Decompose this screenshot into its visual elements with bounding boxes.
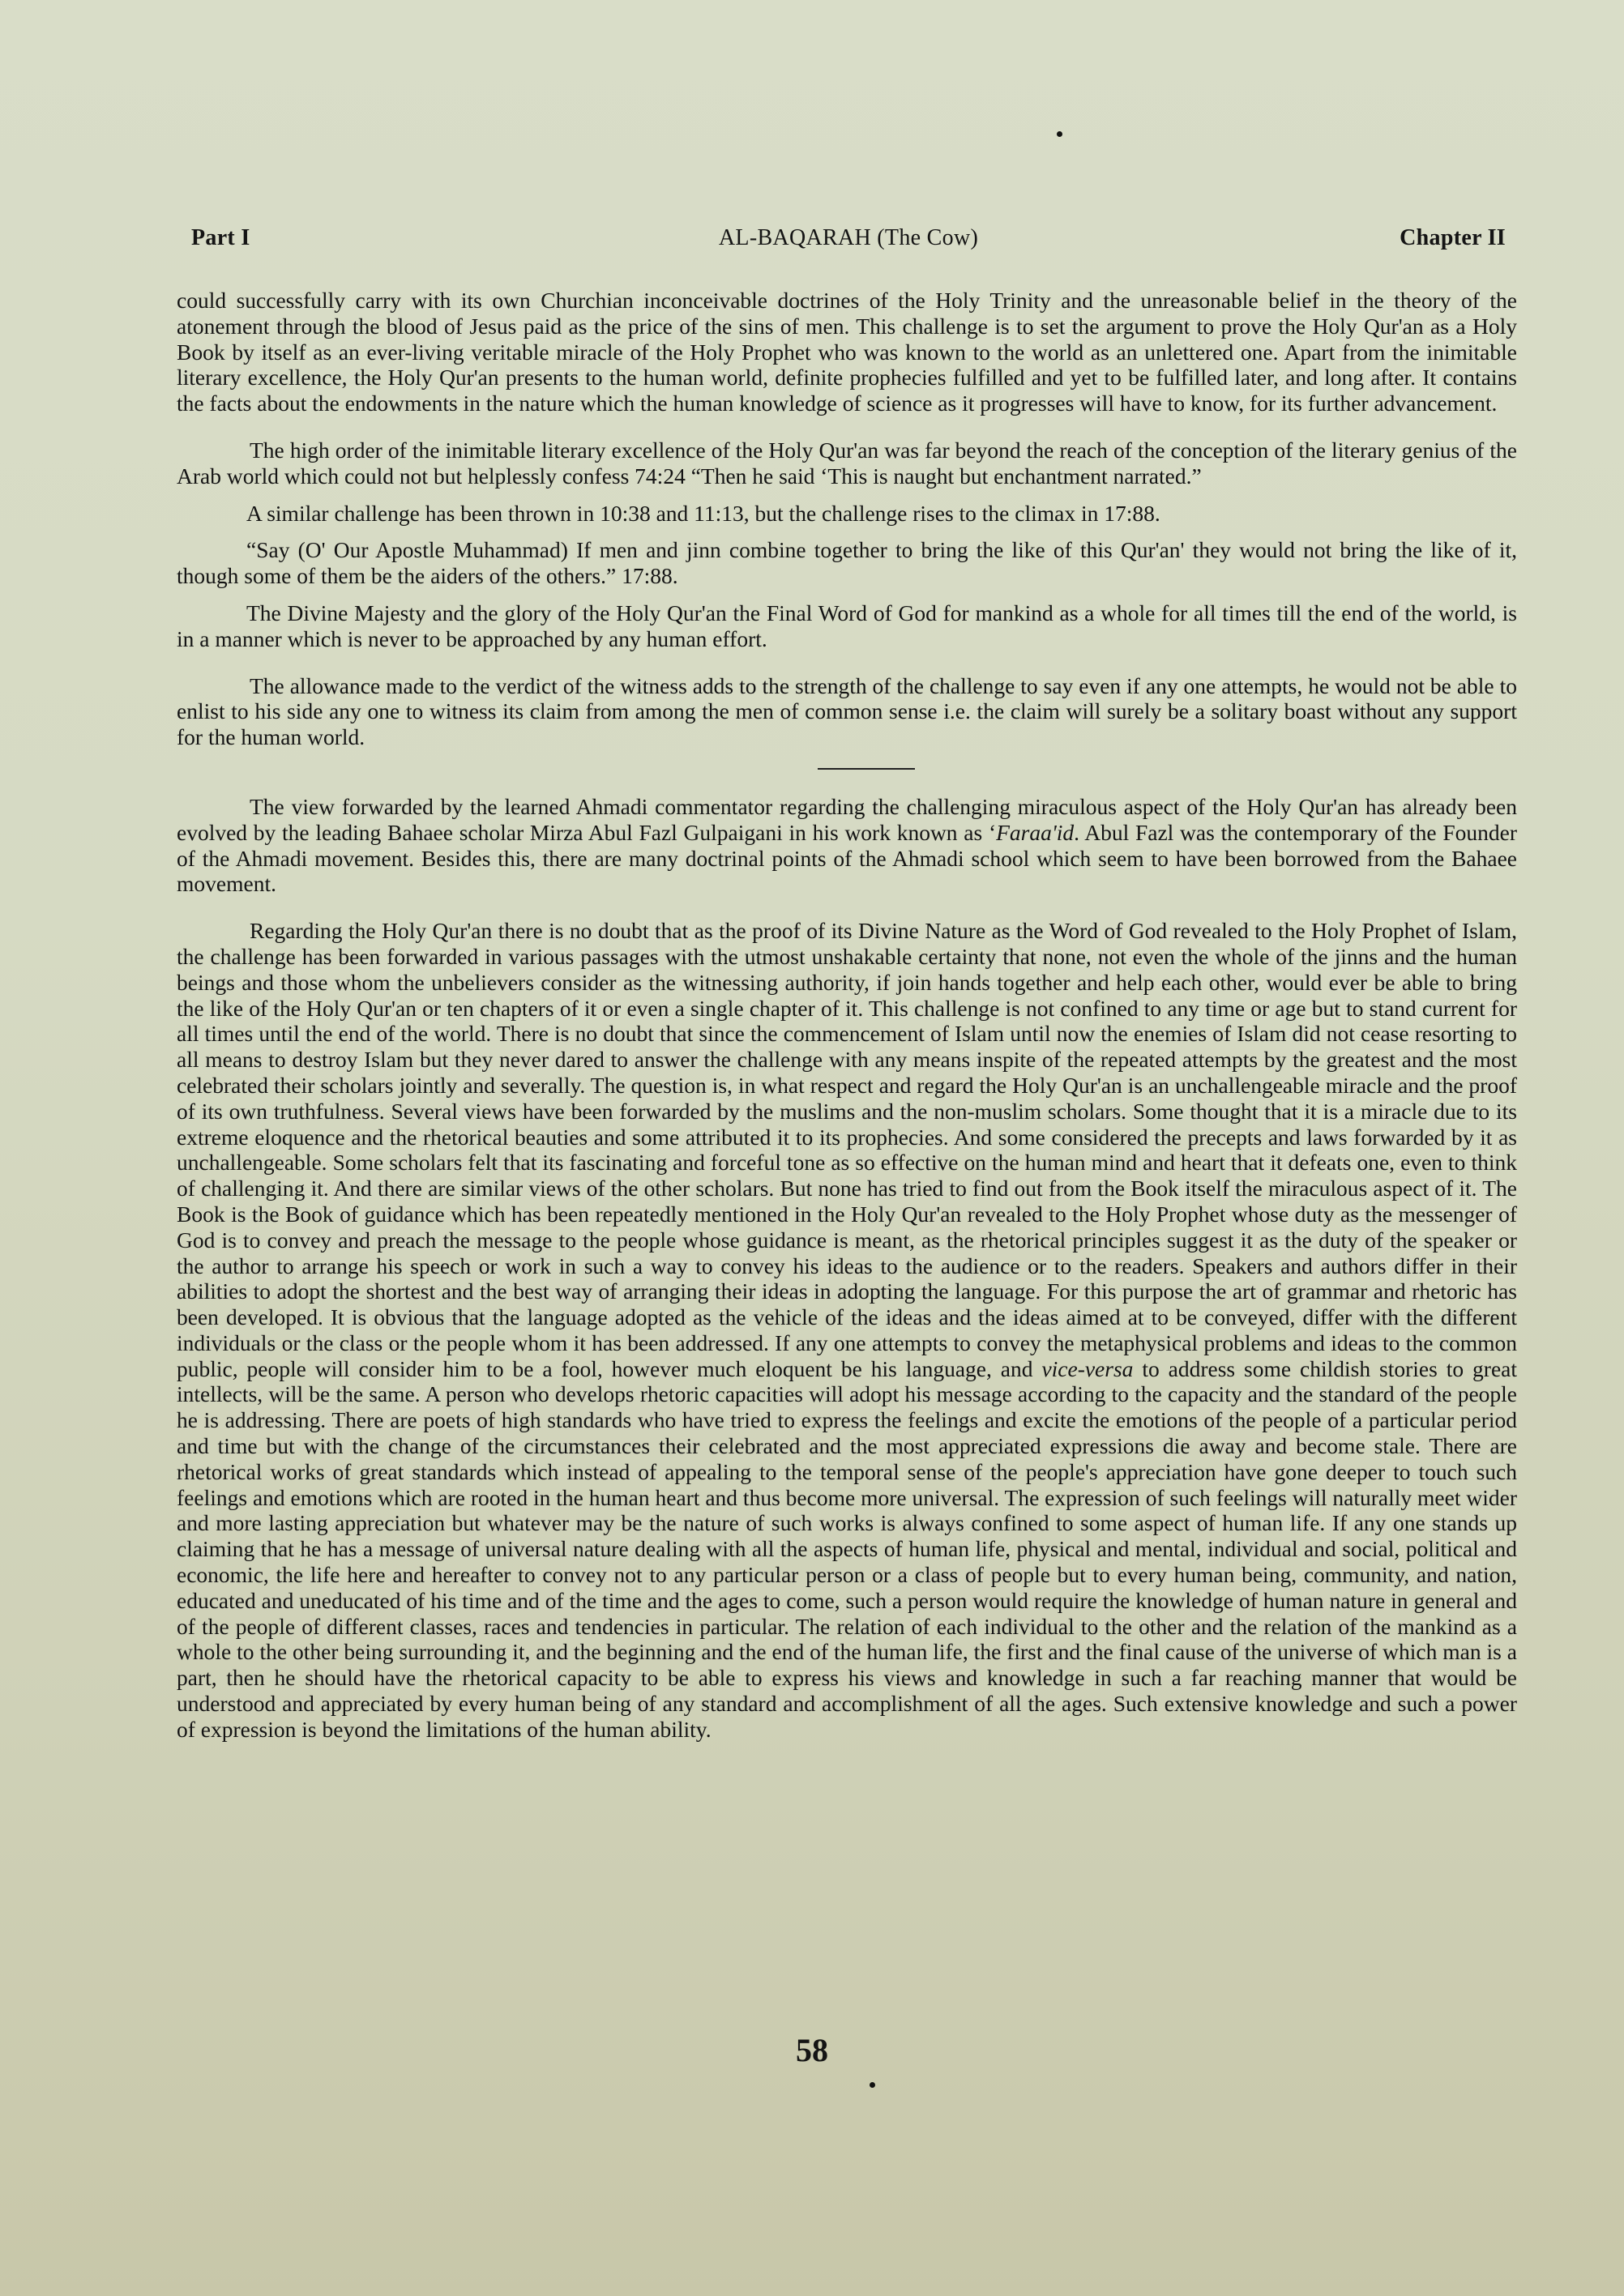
running-header: Part I AL-BAQARAH (The Cow) Chapter II (191, 225, 1506, 258)
paragraph-6: The allowance made to the verdict of the… (177, 673, 1517, 750)
paragraph-8-lead: Regarding the Holy Qur'an there is no do… (177, 918, 1517, 1381)
paragraph-3: A similar challenge has been thrown in 1… (177, 501, 1517, 527)
paragraph-7: The view forwarded by the learned Ahmadi… (177, 794, 1517, 897)
header-chapter: Chapter II (1400, 225, 1506, 251)
page-speck-bottom (870, 2082, 875, 2088)
paragraph-1: could successfully carry with its own Ch… (177, 288, 1517, 416)
paragraph-7-title: Faraa'id (996, 820, 1074, 845)
header-title: AL-BAQARAH (The Cow) (191, 225, 1506, 251)
paragraph-8: Regarding the Holy Qur'an there is no do… (177, 918, 1517, 1743)
paragraph-2: The high order of the inimitable literar… (177, 437, 1517, 489)
page-number: 58 (0, 2031, 1624, 2069)
page-speck-top (1057, 131, 1062, 137)
paragraph-4-quote: “Say (O' Our Apostle Muhammad) If men an… (177, 537, 1517, 589)
paragraph-8-rest: to address some childish stories to grea… (177, 1356, 1517, 1742)
section-separator (818, 768, 915, 770)
paragraph-8-italic: vice-versa (1041, 1356, 1133, 1381)
page-body: could successfully carry with its own Ch… (177, 288, 1517, 1743)
paragraph-5: The Divine Majesty and the glory of the … (177, 600, 1517, 652)
